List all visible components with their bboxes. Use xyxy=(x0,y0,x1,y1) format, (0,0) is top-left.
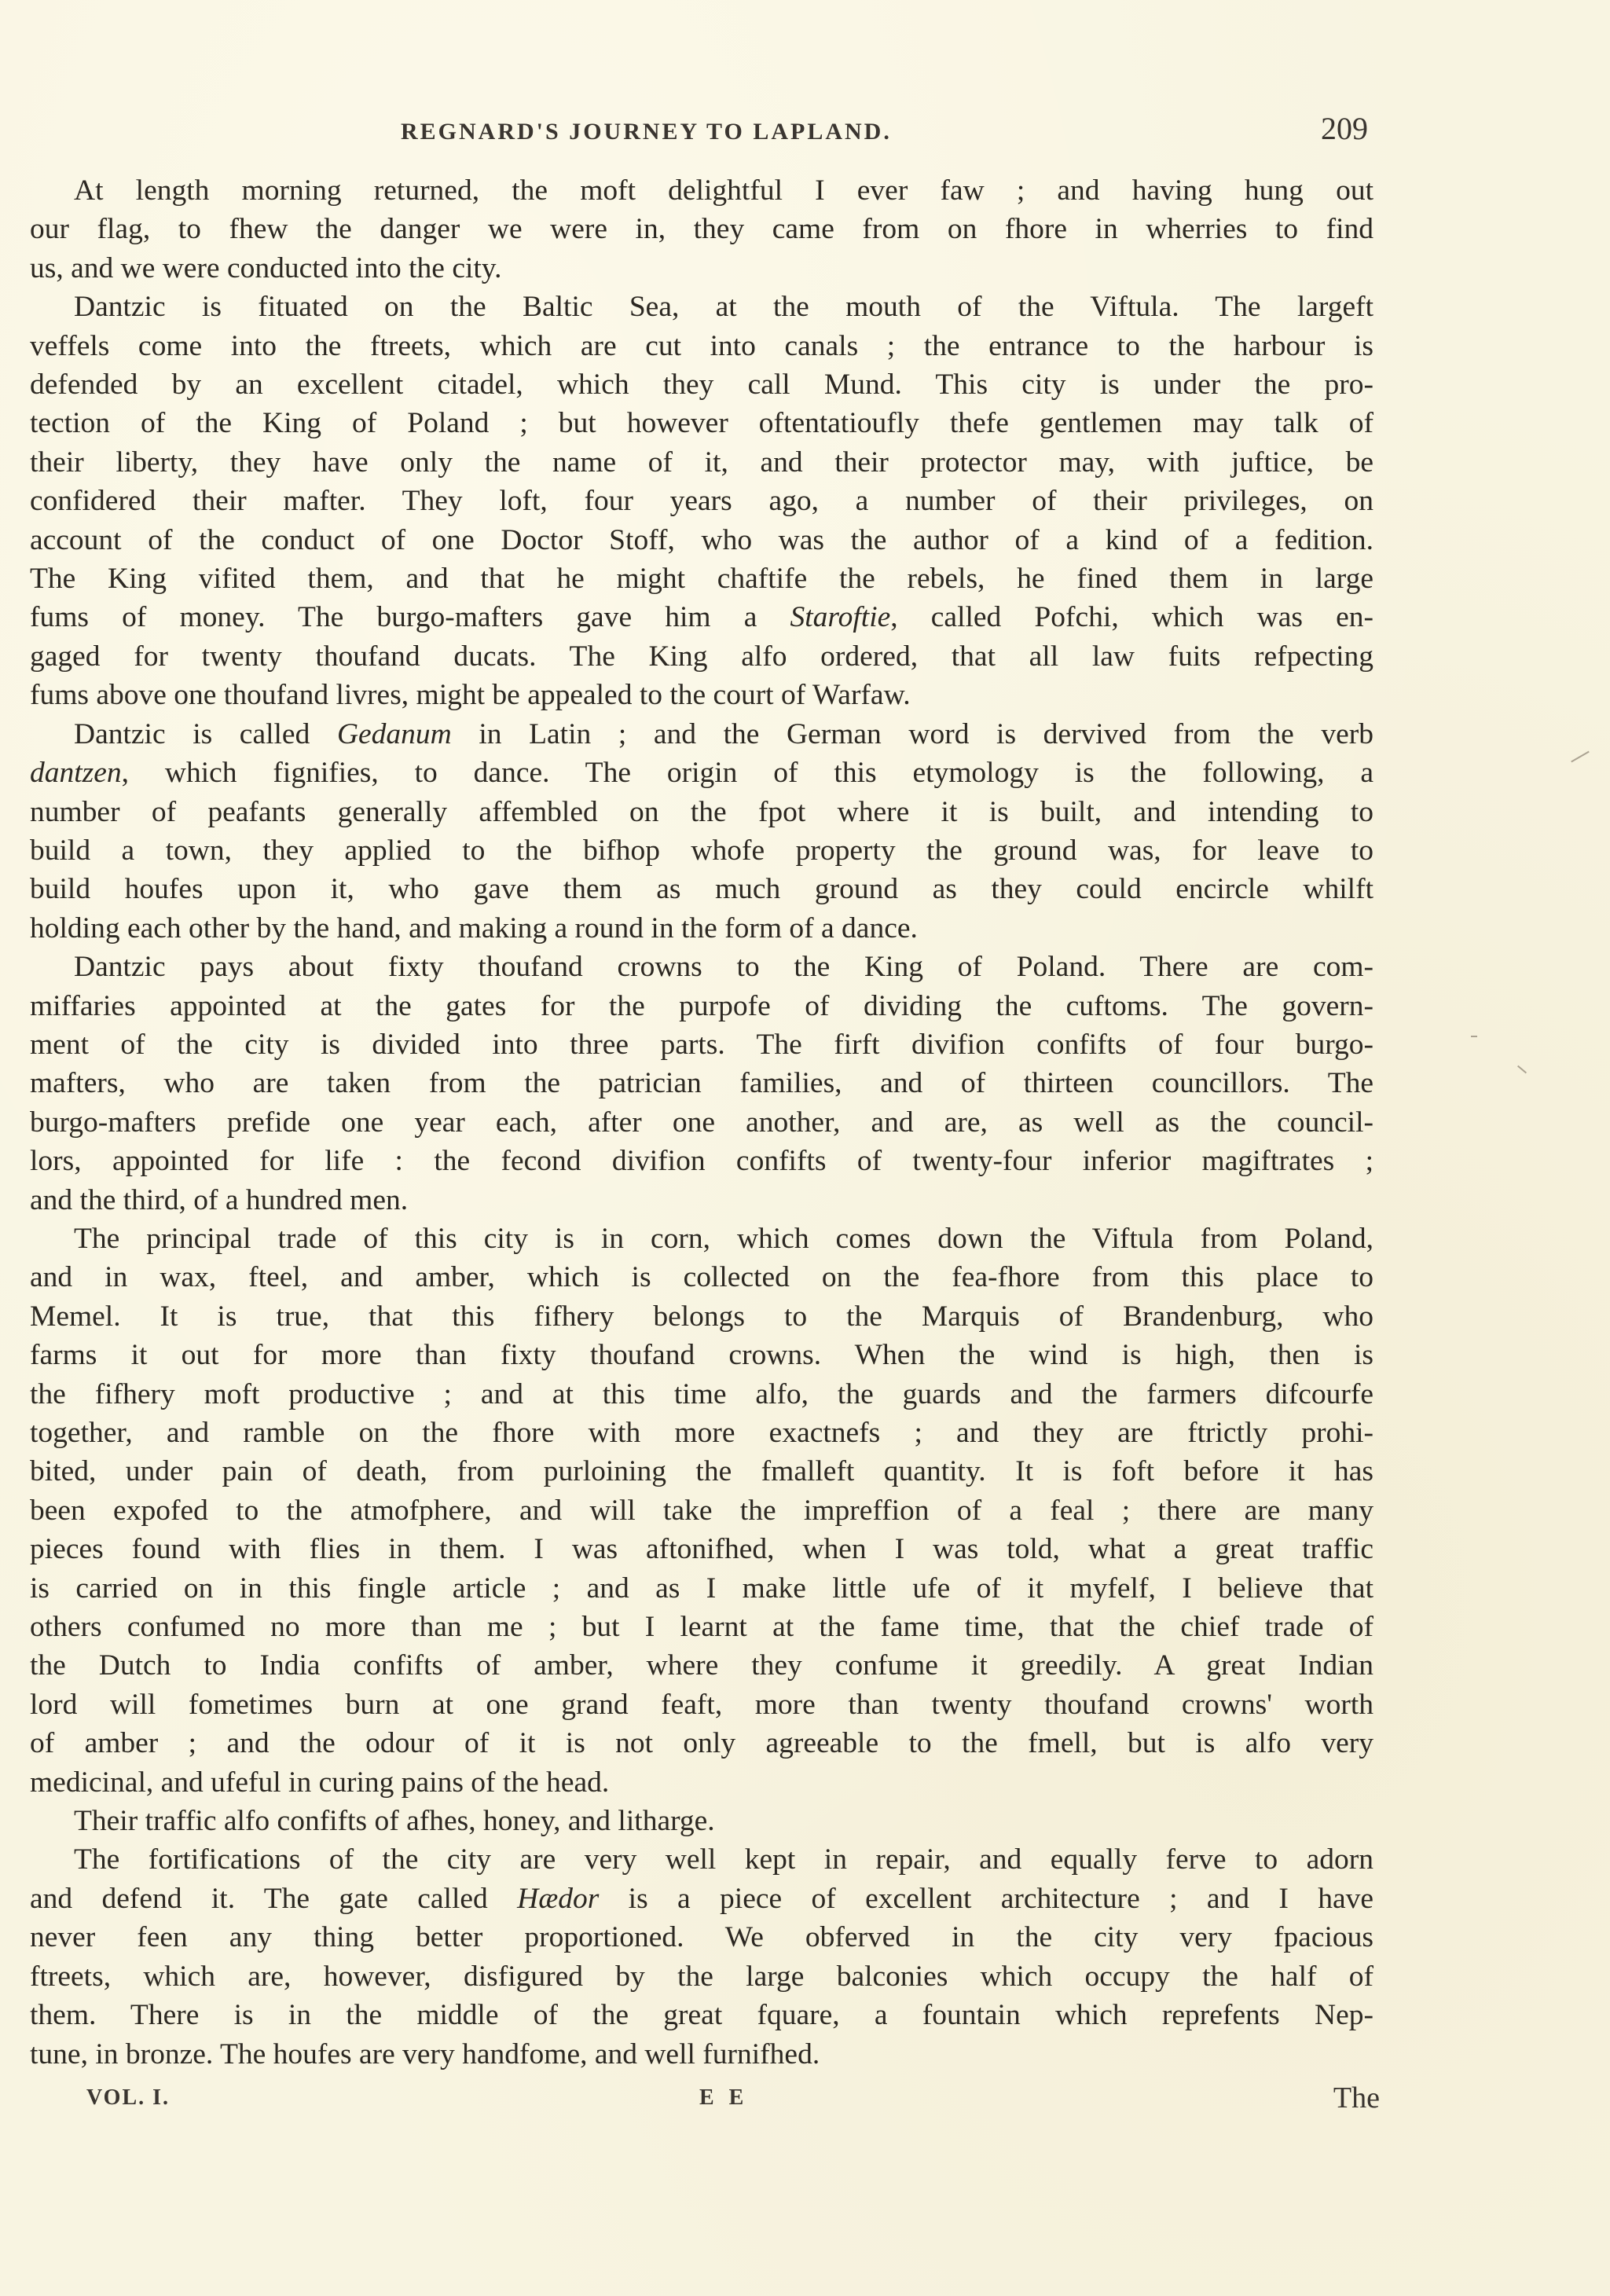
text-line: account of the conduct of one Doctor Sto… xyxy=(30,521,1373,559)
text-line: Memel. It is true, that this fifhery bel… xyxy=(30,1297,1373,1336)
text-line: burgo-mafters prefide one year each, aft… xyxy=(30,1103,1373,1142)
text-line: number of peafants generally affembled o… xyxy=(30,793,1373,831)
signature-mark: E E xyxy=(699,2085,748,2111)
text-line: defended by an excellent citadel, which … xyxy=(30,365,1373,404)
italic-term: Hædor xyxy=(517,1883,599,1915)
text-line: The principal trade of this city is in c… xyxy=(30,1220,1373,1258)
text-line: them. There is in the middle of the grea… xyxy=(30,1996,1373,2034)
text-line: lors, appointed for life : the fecond di… xyxy=(30,1142,1373,1180)
text-line: dantzen, which fignifies, to dance. The … xyxy=(30,754,1373,792)
text-line: fums of money. The burgo-mafters gave hi… xyxy=(30,598,1373,636)
text-line: holding each other by the hand, and maki… xyxy=(30,909,1373,948)
text-line: together, and ramble on the fhore with m… xyxy=(30,1414,1373,1452)
text-line: is carried on in this fingle article ; a… xyxy=(30,1569,1373,1608)
page-number: 209 xyxy=(1321,110,1368,147)
text-line: farms it out for more than fixty thoufan… xyxy=(30,1336,1373,1374)
text-line: never feen any thing better proportioned… xyxy=(30,1918,1373,1957)
paper-speck xyxy=(1471,1036,1477,1037)
text-line: us, and we were conducted into the city. xyxy=(30,249,1373,288)
running-head: REGNARD'S JOURNEY TO LAPLAND. 209 xyxy=(377,110,1367,157)
text-line: mafters, who are taken from the patricia… xyxy=(30,1064,1373,1102)
volume-signature: VOL. I. xyxy=(86,2085,170,2111)
text-line: and in wax, fteel, and amber, which is c… xyxy=(30,1258,1373,1297)
text-line: miffaries appointed at the gates for the… xyxy=(30,987,1373,1025)
text-line: the fifhery moft productive ; and at thi… xyxy=(30,1375,1373,1414)
text-line: our flag, to fhew the danger we were in,… xyxy=(30,210,1373,248)
text-line: their liberty, they have only the name o… xyxy=(30,443,1373,482)
text-line: bited, under pain of death, from purloin… xyxy=(30,1452,1373,1491)
text-line: The King vifited them, and that he might… xyxy=(30,559,1373,598)
paper-speck xyxy=(1571,751,1590,763)
text-line: tune, in bronze. The houfes are very han… xyxy=(30,2035,1373,2074)
text-line: gaged for twenty thoufand ducats. The Ki… xyxy=(30,637,1373,676)
text-line: Their traffic alfo confifts of afhes, ho… xyxy=(30,1802,1373,1840)
text-line: ment of the city is divided into three p… xyxy=(30,1025,1373,1064)
text-line: the Dutch to India confifts of amber, wh… xyxy=(30,1646,1373,1685)
text-line: and the third, of a hundred men. xyxy=(30,1181,1373,1220)
text-line: build houfes upon it, who gave them as m… xyxy=(30,870,1373,908)
paper-speck xyxy=(1517,1065,1527,1074)
body-text: At length morning returned, the moft del… xyxy=(30,171,1373,2074)
text-line: lord will fometimes burn at one grand fe… xyxy=(30,1685,1373,1724)
text-line: fums above one thoufand livres, might be… xyxy=(30,676,1373,714)
catchword: The xyxy=(1333,2081,1380,2115)
italic-term: Staroftie xyxy=(790,601,890,633)
text-line: The fortifications of the city are very … xyxy=(30,1840,1373,1879)
text-line: Dantzic is fituated on the Baltic Sea, a… xyxy=(30,288,1373,326)
page-footer: VOL. I. E E The xyxy=(63,2081,1383,2120)
text-line: confidered their mafter. They loft, four… xyxy=(30,482,1373,520)
text-line: others confumed no more than me ; but I … xyxy=(30,1608,1373,1646)
text-line: pieces found with flies in them. I was a… xyxy=(30,1530,1373,1568)
italic-term: Gedanum xyxy=(337,718,452,750)
text-line: Dantzic pays about fixty thoufand crowns… xyxy=(30,948,1373,986)
book-page: REGNARD'S JOURNEY TO LAPLAND. 209 At len… xyxy=(0,0,1610,2296)
text-line: At length morning returned, the moft del… xyxy=(30,171,1373,210)
text-line: build a town, they applied to the bifhop… xyxy=(30,831,1373,870)
italic-term: dantzen xyxy=(30,757,122,789)
text-line: medicinal, and ufeful in curing pains of… xyxy=(30,1763,1373,1802)
text-line: been expofed to the atmofphere, and will… xyxy=(30,1491,1373,1530)
text-line: and defend it. The gate called Hædor is … xyxy=(30,1880,1373,1918)
text-line: tection of the King of Poland ; but howe… xyxy=(30,404,1373,442)
text-line: of amber ; and the odour of it is not on… xyxy=(30,1724,1373,1762)
text-line: ftreets, which are, however, disfigured … xyxy=(30,1957,1373,1996)
text-line: Dantzic is called Gedanum in Latin ; and… xyxy=(30,715,1373,754)
text-line: veffels come into the ftreets, which are… xyxy=(30,327,1373,365)
running-title: REGNARD'S JOURNEY TO LAPLAND. xyxy=(401,119,892,145)
